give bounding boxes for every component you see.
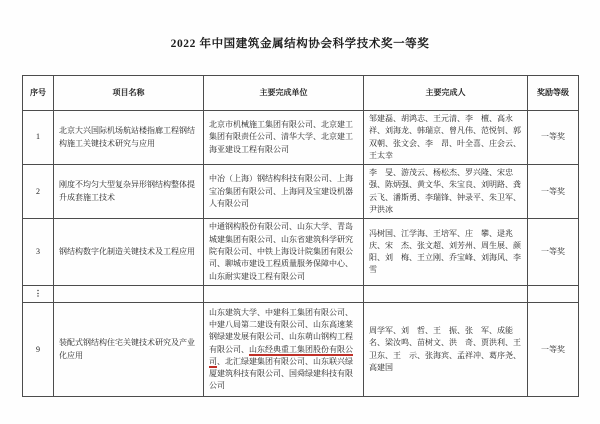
table-row-ellipsis: ⋮ — [23, 285, 579, 302]
cell-units: 中通钢构股份有限公司、山东大学、青岛城建集团有限公司、山东省建筑科学研究院有限公… — [204, 219, 364, 285]
cell-units: 山东建筑大学、中建科工集团有限公司、中建八局第二建设有限公司、山东高速莱钢绿建发… — [204, 303, 364, 397]
cell-people: 李 旻、游茂云、杨松杰、罗兴隆、宋忠强、陈炳强、黄文华、朱宝良、刘明路、龚云飞、… — [364, 165, 528, 219]
cell-grade — [528, 285, 579, 302]
cell-serial: 1 — [23, 111, 54, 165]
units-text: 中冶（上海）钢结构科技有限公司、上海宝冶集团有限公司、上海同及宝建设机器人有限公… — [209, 174, 353, 208]
table-row: 9 装配式钢结构住宅关键技术研究及产业化应用 山东建筑大学、中建科工集团有限公司… — [23, 303, 579, 397]
cell-serial: 3 — [23, 219, 54, 285]
col-header-units: 主要完成单位 — [204, 76, 364, 111]
units-text: 、北汇绿建集团有限公司、山东联兴绿厦建筑科技有限公司、国舜绿建科技有限公司 — [209, 357, 353, 391]
document-page: 2022 年中国建筑金属结构协会科学技术奖一等奖 序号 项目名称 主要完成单位 … — [0, 0, 600, 424]
cell-grade: 一等奖 — [528, 111, 579, 165]
cell-project: 北京大兴国际机场航站楼指廊工程钢结构施工关键技术研究与应用 — [54, 111, 204, 165]
units-text: 中通钢构股份有限公司、山东大学、青岛城建集团有限公司、山东省建筑科学研究院有限公… — [209, 222, 353, 280]
cell-units: 中冶（上海）钢结构科技有限公司、上海宝冶集团有限公司、上海同及宝建设机器人有限公… — [204, 165, 364, 219]
cell-people: 邹建磊、胡鸿志、王元清、李 檀、高永祥、刘海龙、韩瑞京、曾凡伟、范悦钊、郭双朝、… — [364, 111, 528, 165]
cell-people — [364, 285, 528, 302]
cell-units — [204, 285, 364, 302]
col-header-project: 项目名称 — [54, 76, 204, 111]
cell-project: 装配式钢结构住宅关键技术研究及产业化应用 — [54, 303, 204, 397]
cell-grade: 一等奖 — [528, 219, 579, 285]
cell-project: 钢结构数字化制造关键技术及工程应用 — [54, 219, 204, 285]
table-row: 1 北京大兴国际机场航站楼指廊工程钢结构施工关键技术研究与应用 北京市机械施工集… — [23, 111, 579, 165]
cell-project: 刚度不均匀大型复杂异形钢结构整体提升成套施工技术 — [54, 165, 204, 219]
table-row: 2 刚度不均匀大型复杂异形钢结构整体提升成套施工技术 中冶（上海）钢结构科技有限… — [23, 165, 579, 219]
cell-grade: 一等奖 — [528, 303, 579, 397]
col-header-serial: 序号 — [23, 76, 54, 111]
page-title: 2022 年中国建筑金属结构协会科学技术奖一等奖 — [0, 0, 600, 51]
table-header-row: 序号 项目名称 主要完成单位 主要完成人 奖励等级 — [23, 76, 579, 111]
award-table: 序号 项目名称 主要完成单位 主要完成人 奖励等级 1 北京大兴国际机场航站楼指… — [22, 75, 579, 397]
cell-serial: 2 — [23, 165, 54, 219]
cell-project — [54, 285, 204, 302]
cell-serial: 9 — [23, 303, 54, 397]
col-header-people: 主要完成人 — [364, 76, 528, 111]
cell-grade: 一等奖 — [528, 165, 579, 219]
table-row: 3 钢结构数字化制造关键技术及工程应用 中通钢构股份有限公司、山东大学、青岛城建… — [23, 219, 579, 285]
cell-units: 北京市机械施工集团有限公司、北京建工集团有限责任公司、清华大学、北京建工海亚建设… — [204, 111, 364, 165]
cell-serial-ellipsis: ⋮ — [23, 285, 54, 302]
units-text: 北京市机械施工集团有限公司、北京建工集团有限责任公司、清华大学、北京建工海亚建设… — [209, 120, 353, 154]
cell-people: 周学军、刘 哲、王 振、张 军、成能名、梁汝鸣、苗树文、洪 奇、贾洪利、王卫东、… — [364, 303, 528, 397]
col-header-grade: 奖励等级 — [528, 76, 579, 111]
cell-people: 冯树国、江学海、王培军、庄 攀、逯兆庆、宋 杰、张文超、刘芳州、周生展、颜 阳、… — [364, 219, 528, 285]
